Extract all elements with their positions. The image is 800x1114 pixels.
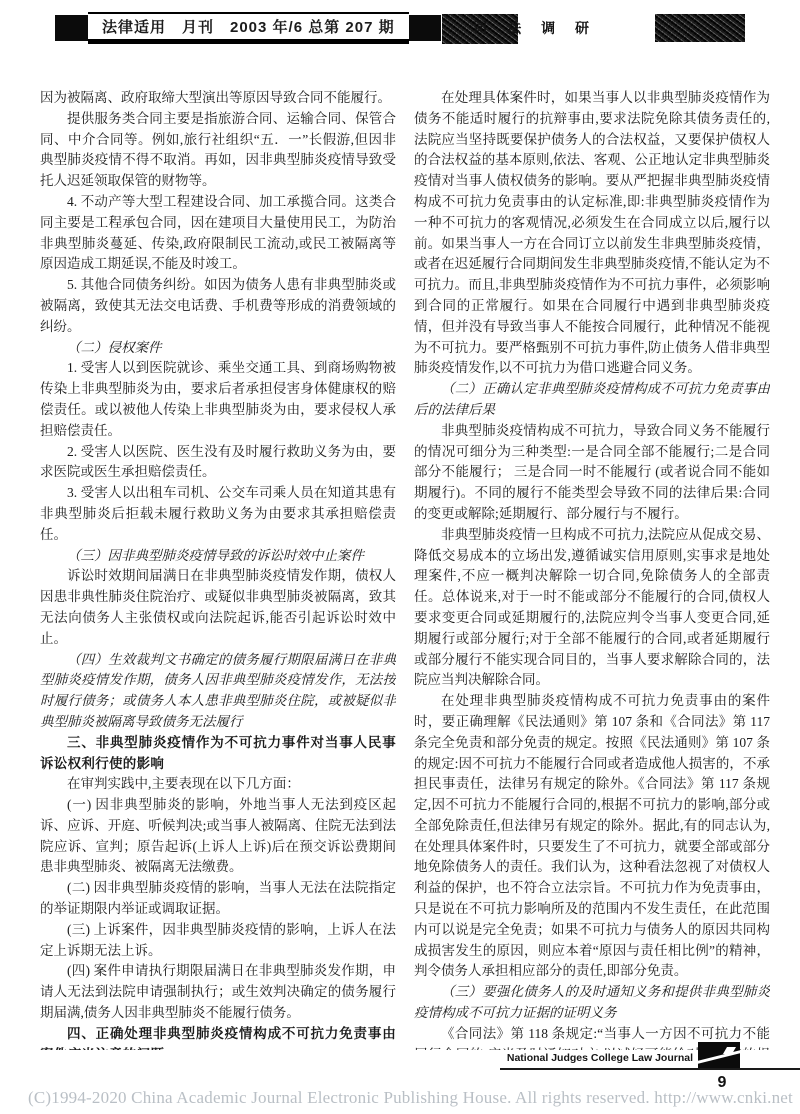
header-texture-block (655, 14, 745, 42)
header-right: 司 法 调 研 (473, 14, 745, 42)
paragraph: 在处理非典型肺炎疫情构成不可抗力免责事由的案件时，要正确理解《民法通则》第 10… (414, 691, 770, 982)
paragraph: 因为被隔离、政府取缔大型演出等原因导致合同不能履行。 (40, 88, 396, 109)
paragraph: 诉讼时效期间届满日在非典型肺炎疫情发作期，债权人因患非典性肺炎住院治疗、或疑似非… (40, 566, 396, 649)
journal-page: 法律适用 月刊 2003 年/6 总第 207 期 司 法 调 研 因为被隔离、… (0, 0, 800, 1114)
paragraph: 非典型肺炎疫情构成不可抗力，导致合同义务不能履行的情况可细分为三种类型:一是合同… (414, 421, 770, 525)
paragraph: 5. 其他合同债务纠纷。如因为债务人患有非典型肺炎或被隔离，致使其无法交电话费、… (40, 275, 396, 337)
paragraph: (一) 因非典型肺炎的影响，外地当事人无法到疫区起诉、应诉、开庭、听候判决;或当… (40, 795, 396, 878)
paragraph: 1. 受害人以到医院就诊、乘坐交通工具、到商场购物被传染上非典型肺炎为由，要求后… (40, 358, 396, 441)
section-title: 司 法 调 研 (473, 18, 597, 38)
paragraph: (三) 上诉案件，因非典型肺炎疫情的影响，上诉人在法定上诉期无法上诉。 (40, 920, 396, 962)
masthead-left-block (55, 15, 88, 41)
paragraph: （二）侵权案件 (40, 338, 396, 359)
paragraph: (四) 案件申请执行期限届满日在非典型肺炎发作期，申请人无法到法院申请强制执行；… (40, 961, 396, 1023)
masthead-right-block (409, 15, 441, 41)
journal-info: 法律适用 月刊 2003 年/6 总第 207 期 (88, 12, 409, 44)
paragraph: 提供服务类合同主要是指旅游合同、运输合同、保管合同、中介合同等。例如,旅行社组织… (40, 109, 396, 192)
paragraph: （二）正确认定非典型肺炎疫情构成不可抗力免责事由后的法律后果 (414, 379, 770, 421)
paragraph: 2. 受害人以医院、医生没有及时履行救助义务为由，要求医院或医生承担赔偿责任。 (40, 442, 396, 484)
paragraph: 四、正确处理非典型肺炎疫情构成不可抗力免责事由案件应当注意的问题 (40, 1024, 396, 1050)
paragraph: （三）要强化债务人的及时通知义务和提供非典型肺炎疫情构成不可抗力证据的证明义务 (414, 982, 770, 1024)
paragraph: 3. 受害人以出租车司机、公交车司乘人员在知道其患有非典型肺炎后拒载未履行救助义… (40, 483, 396, 545)
paragraph: 4. 不动产等大型工程建设合同、加工承揽合同。这类合同主要是工程承包合同，因在建… (40, 192, 396, 275)
left-column: 因为被隔离、政府取缔大型演出等原因导致合同不能履行。提供服务类合同主要是指旅游合… (40, 88, 396, 1050)
journal-name-english: National Judges College Law Journal (507, 1052, 693, 1068)
right-column: 在处理具体案件时，如果当事人以非典型肺炎疫情作为债务不能适时履行的抗辩事由,要求… (414, 88, 770, 1050)
paragraph: 非典型肺炎疫情一旦构成不可抗力,法院应从促成交易、降低交易成本的立场出发,遵循诚… (414, 525, 770, 691)
paragraph: 三、非典型肺炎疫情作为不可抗力事件对当事人民事诉讼权利行使的影响 (40, 733, 396, 775)
paragraph: 在处理具体案件时，如果当事人以非典型肺炎疫情作为债务不能适时履行的抗辩事由,要求… (414, 88, 770, 379)
copyright-watermark: (C)1994-2020 China Academic Journal Elec… (28, 1088, 793, 1108)
footer-journal-line: National Judges College Law Journal (500, 1042, 800, 1070)
article-body: 因为被隔离、政府取缔大型演出等原因导致合同不能履行。提供服务类合同主要是指旅游合… (40, 88, 770, 1050)
journal-masthead: 法律适用 月刊 2003 年/6 总第 207 期 (55, 12, 518, 44)
paragraph: （四）生效裁判文书确定的债务履行期限届满日在非典型肺炎疫情发作期，债务人因非典型… (40, 650, 396, 733)
paragraph: (二) 因非典型肺炎疫情的影响，当事人无法在法院指定的举证期限内举证或调取证据。 (40, 878, 396, 920)
paragraph: （三）因非典型肺炎疫情导致的诉讼时效中止案件 (40, 546, 396, 567)
paragraph: 在审判实践中,主要表现在以下几方面： (40, 774, 396, 795)
page-header: 法律适用 月刊 2003 年/6 总第 207 期 司 法 调 研 (0, 12, 800, 52)
journal-logo (698, 1042, 740, 1068)
